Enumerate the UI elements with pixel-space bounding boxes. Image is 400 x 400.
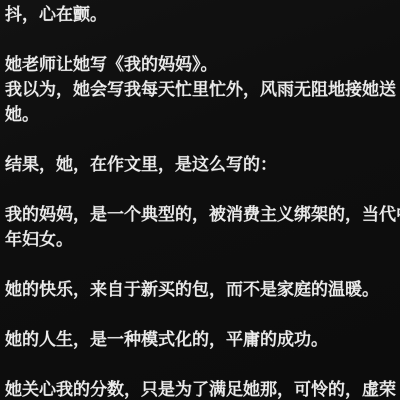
text-line: 她老师让她写《我的妈妈》。 <box>5 53 400 78</box>
paragraph: 她关心我的分数，只是为了满足她那，可怜的，虚荣 <box>5 378 400 400</box>
paragraph: 抖，心在颤。 <box>5 3 400 28</box>
text-content: 抖，心在颤。她老师让她写《我的妈妈》。我以为，她会写我每天忙里忙外，风雨无阻地接… <box>5 3 400 400</box>
text-line: 我的妈妈，是一个典型的，被消费主义绑架的，当代中 <box>5 203 400 228</box>
novel-text-page: 抖，心在颤。她老师让她写《我的妈妈》。我以为，她会写我每天忙里忙外，风雨无阻地接… <box>0 0 400 400</box>
text-line: 我以为，她会写我每天忙里忙外，风雨无阻地接她送 <box>5 78 400 103</box>
text-line: 她。 <box>5 103 400 128</box>
reader-page: { "page": { "background_color": "#0f0f0f… <box>0 0 400 400</box>
text-line: 她的快乐，来自于新买的包，而不是家庭的温暖。 <box>5 278 400 303</box>
text-line: 她关心我的分数，只是为了满足她那，可怜的，虚荣 <box>5 378 400 400</box>
text-line: 年妇女。 <box>5 228 400 253</box>
paragraph: 我的妈妈，是一个典型的，被消费主义绑架的，当代中年妇女。 <box>5 203 400 253</box>
text-line: 结果，她，在作文里，是这么写的： <box>5 153 400 178</box>
paragraph: 她的人生，是一种模式化的，平庸的成功。 <box>5 328 400 353</box>
paragraph: 结果，她，在作文里，是这么写的： <box>5 153 400 178</box>
paragraph: 她的快乐，来自于新买的包，而不是家庭的温暖。 <box>5 278 400 303</box>
paragraph: 她老师让她写《我的妈妈》。我以为，她会写我每天忙里忙外，风雨无阻地接她送她。 <box>5 53 400 128</box>
text-line: 抖，心在颤。 <box>5 3 400 28</box>
text-line: 她的人生，是一种模式化的，平庸的成功。 <box>5 328 400 353</box>
